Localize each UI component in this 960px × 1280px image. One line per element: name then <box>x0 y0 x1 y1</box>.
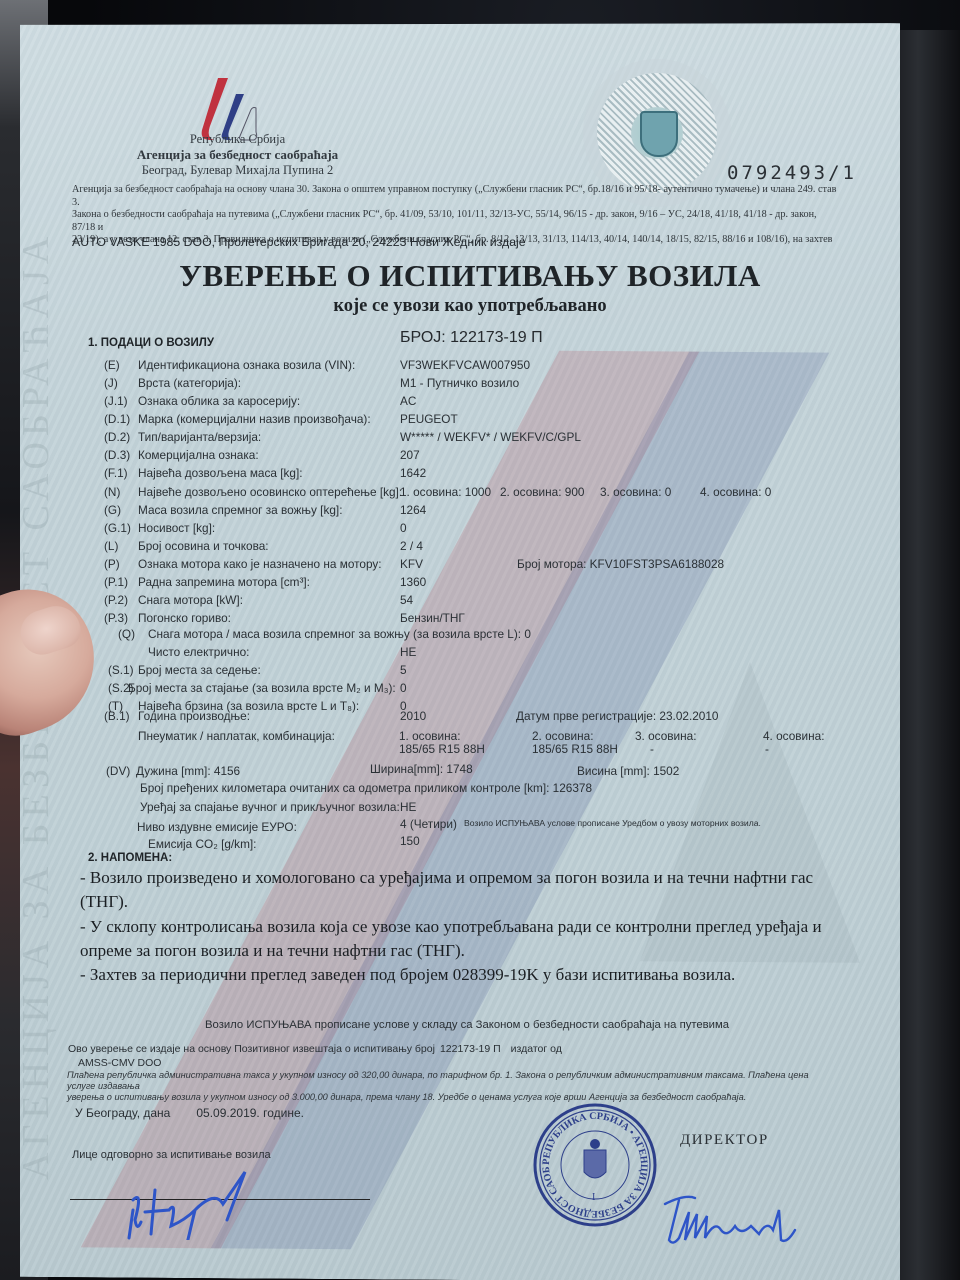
field-code: (J.1) <box>104 394 128 408</box>
field-code: (P) <box>104 557 120 571</box>
field-label: Снага мотора / маса возила спремног за в… <box>148 627 531 641</box>
official-stamp-icon: I РЕПУБЛИКА СРБИЈА • АГЕНЦИЈА ЗА БЕЗБЕДН… <box>530 1100 660 1230</box>
field-label: Снага мотора [kW]: <box>138 593 243 607</box>
field-code: (P.1) <box>104 575 128 589</box>
field-value: W***** / WEKFV* / WEKFV/C/GPL <box>400 430 581 444</box>
agency-name: Агенција за безбедност саобраћаја <box>110 147 365 163</box>
field-code: (D.2) <box>104 430 130 444</box>
agency-header: Република Србија Агенција за безбедност … <box>110 132 365 178</box>
field-code: (S.1) <box>108 663 134 677</box>
fee-line: Плаћена републичка административна такса… <box>67 1070 827 1092</box>
field-value: НЕ <box>400 645 416 659</box>
report-number: 122173-19 П <box>440 1043 501 1055</box>
field-label: Ознака мотора како је назначено на мотор… <box>138 557 382 571</box>
field-label: Највећа дозвољена маса [kg]: <box>138 466 303 480</box>
tyres-label: Пнеуматик / наплатак, комбинација: <box>138 729 335 743</box>
fee-line: уверења о испитивању возила у укупном из… <box>67 1092 827 1103</box>
field-label: Ознака облика за каросерију: <box>138 394 300 408</box>
agency-address: Београд, Булевар Михајла Пупина 2 <box>110 163 365 178</box>
field-code: (J) <box>104 376 118 390</box>
field-value: KFV <box>400 557 423 571</box>
dimension-length: Дужина [mm]: 4156 <box>136 764 240 778</box>
tyre-value-3: - <box>650 742 654 756</box>
dimensions-code: (DV) <box>106 764 130 778</box>
field-value: 207 <box>400 448 420 462</box>
field-value: 5 <box>400 663 407 677</box>
svg-text:I: I <box>592 1192 595 1203</box>
field-extra: 4. осовина: 0 <box>700 485 771 499</box>
field-label: Година производње: <box>138 709 250 723</box>
issuing-body: AMSS-CMV DOO <box>78 1057 161 1069</box>
notes-list: - Возило произведено и хомологовано са у… <box>80 866 840 987</box>
field-label: Марка (комерцијални назив произвођача): <box>138 412 371 426</box>
field-value: 1. осовина: 1000 <box>400 485 491 499</box>
section-vehicle-data-heading: 1. ПОДАЦИ О ВОЗИЛУ <box>88 337 214 349</box>
field-value: VF3WEKFVCAW007950 <box>400 358 530 372</box>
basis-statement: Ово уверење се издаје на основу Позитивн… <box>68 1043 562 1055</box>
note-item: - Возило произведено и хомологовано са у… <box>80 866 840 915</box>
tyre-axle-4: 4. осовина: <box>763 729 824 743</box>
field-code: (D.1) <box>104 412 130 426</box>
field-code: (L) <box>104 539 118 553</box>
place-label: У Београду, дана <box>75 1106 170 1120</box>
field-extra: 3. осовина: 0 <box>600 485 671 499</box>
field-extra: Датум прве регистрације: 23.02.2010 <box>516 709 718 723</box>
field-label: Носивост [kg]: <box>138 521 215 535</box>
co2-value: 150 <box>400 834 420 848</box>
field-extra: Број мотора: KFV10FST3PSA6188028 <box>517 557 724 571</box>
dimension-height: Висина [mm]: 1502 <box>577 764 679 778</box>
section-notes-heading: 2. НАПОМЕНА: <box>88 852 172 864</box>
tyre-value-2: 185/65 R15 88H <box>532 742 618 756</box>
tyre-axle-1: 1. осовина: <box>399 729 460 743</box>
serial-number: 0792493/1 <box>727 162 857 184</box>
field-label: Комерцијална ознака: <box>138 448 259 462</box>
field-code: (N) <box>104 485 120 499</box>
field-value: 2 / 4 <box>400 539 423 553</box>
field-code: (P.3) <box>104 611 128 625</box>
field-label: Број места за стајање (за возила врсте M… <box>128 681 396 695</box>
signature-inspector-icon <box>115 1160 275 1240</box>
basis-text: Ово уверење се издаје на основу Позитивн… <box>68 1043 435 1055</box>
field-code: (Q) <box>118 627 135 641</box>
legal-line: Агенција за безбедност саобраћаја на осн… <box>72 184 842 209</box>
dashboard-edge <box>890 30 960 1280</box>
field-value: 1642 <box>400 466 426 480</box>
field-value: PEUGEOT <box>400 412 458 426</box>
signature-director-icon <box>655 1190 805 1260</box>
field-code: (P.2) <box>104 593 128 607</box>
field-code: (G) <box>104 503 121 517</box>
field-code: (F.1) <box>104 466 128 480</box>
tyre-axle-3: 3. осовина: <box>635 729 696 743</box>
coupling-label: Уређај за спајање вучног и прикључног во… <box>140 800 400 814</box>
field-value: 0 <box>400 681 407 695</box>
document-subtitle: које се увози као употребљавано <box>160 296 780 317</box>
field-label: Број места за седење: <box>138 663 261 677</box>
field-label: Највеће дозвољено осовинско оптерећење [… <box>138 485 402 499</box>
compliance-statement: Возило ИСПУЊАВА прописане услове у склад… <box>205 1019 729 1031</box>
field-value: M1 - Путничко возило <box>400 376 519 390</box>
director-label: ДИРЕКТОР <box>680 1132 769 1149</box>
tyre-axle-2: 2. осовина: <box>532 729 593 743</box>
coupling-value: НЕ <box>400 800 416 814</box>
document-title: УВЕРЕЊЕ О ИСПИТИВАЊУ ВОЗИЛА <box>160 258 780 294</box>
place-date: У Београду, дана05.09.2019. године. <box>75 1106 304 1120</box>
hologram-seal-icon <box>597 73 717 193</box>
field-code: (D.3) <box>104 448 130 462</box>
field-label: Врста (категорија): <box>138 376 241 390</box>
certificate-number: БРОЈ: 122173-19 П <box>400 329 543 347</box>
field-extra: 2. осовина: 900 <box>500 485 584 499</box>
field-code: (B.1) <box>104 709 130 723</box>
euro-note: Возило ИСПУЊАВА услове прописане Уредбом… <box>464 818 761 828</box>
note-item: - Захтев за периодични преглед заведен п… <box>80 963 840 987</box>
field-label: Чисто електрично: <box>148 645 249 659</box>
dimension-width: Ширина[mm]: 1748 <box>370 762 473 776</box>
legal-line: Закона о безбедности саобраћаја на путев… <box>72 209 842 234</box>
odometer-reading: Број пређених километара очитаних са одо… <box>140 781 592 795</box>
issued-by-label: издатог од <box>511 1043 562 1055</box>
tyre-value-4: - <box>765 742 769 756</box>
field-value: 54 <box>400 593 413 607</box>
co2-label: Емисија CO₂ [g/km]: <box>148 837 256 851</box>
field-label: Погонско гориво: <box>138 611 231 625</box>
field-value: 2010 <box>400 709 426 723</box>
field-value: 1264 <box>400 503 426 517</box>
field-value: Бензин/ТНГ <box>400 611 465 625</box>
euro-label: Ниво издувне емисије ЕУРО: <box>137 820 297 834</box>
issuer-line: AUTO VASKE 1985 DOO, Пролетерских Бригад… <box>72 235 526 249</box>
field-label: Идентификациона ознака возила (VIN): <box>138 358 355 372</box>
field-label: Радна запремина мотора [cm³]: <box>138 575 310 589</box>
field-label: Тип/варијанта/верзија: <box>138 430 261 444</box>
note-item: - У склопу контролисања возила која се у… <box>80 915 840 964</box>
tyre-value-1: 185/65 R15 88H <box>399 742 485 756</box>
field-label: Број осовина и точкова: <box>138 539 269 553</box>
field-value: 1360 <box>400 575 426 589</box>
fees-statement: Плаћена републичка административна такса… <box>67 1070 827 1104</box>
euro-value: 4 (Четири) <box>400 817 457 831</box>
field-value: AC <box>400 394 416 408</box>
field-code: (E) <box>104 358 120 372</box>
field-label: Маса возила спремног за вожњу [kg]: <box>138 503 342 517</box>
field-code: (G.1) <box>104 521 131 535</box>
country-name: Република Србија <box>110 132 365 147</box>
field-value: 0 <box>400 521 407 535</box>
issue-date: 05.09.2019. године. <box>196 1106 304 1120</box>
